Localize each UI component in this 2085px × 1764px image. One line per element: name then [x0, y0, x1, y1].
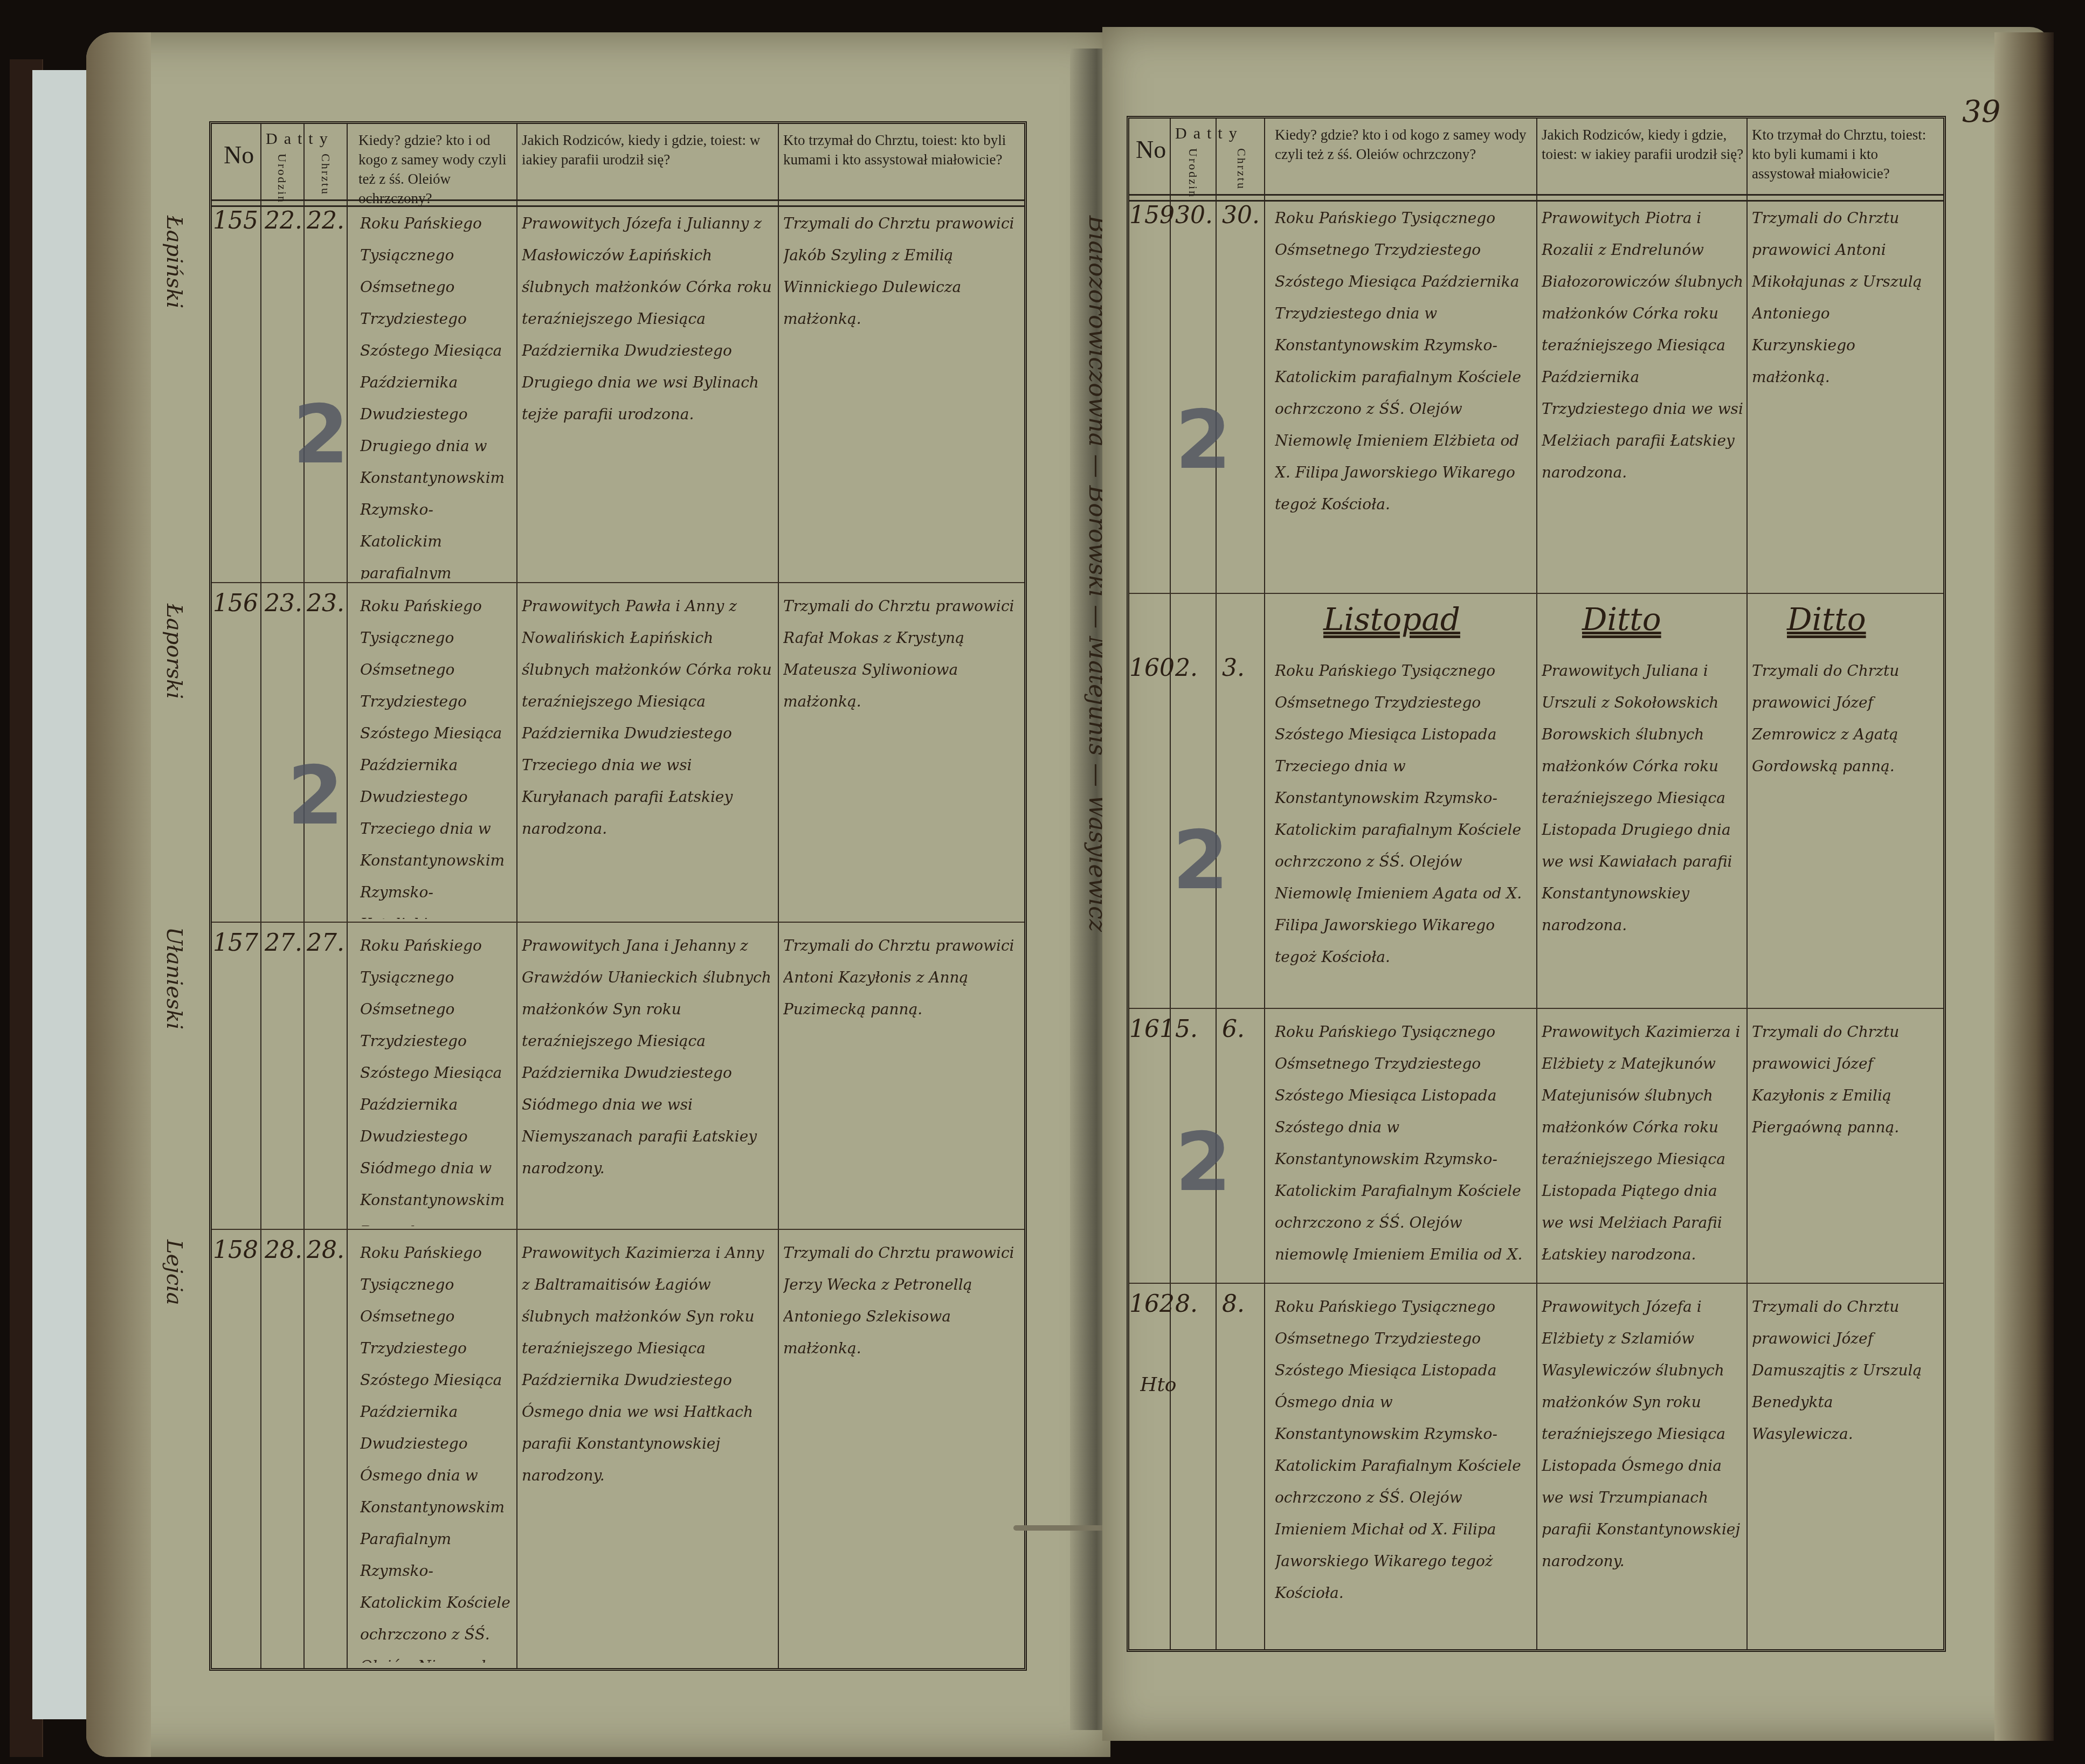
- margin-mark: Hto: [1140, 1369, 1177, 1401]
- header-parents: Jakich Rodziców, kiedy i gdzie, toiest: …: [522, 130, 775, 169]
- baptism-record: Roku Pańskiego Tysiącznego Ośmsetnego Tr…: [360, 590, 514, 919]
- ditto-label: Ditto: [1582, 601, 1661, 638]
- margin-note: Łaporski: [162, 604, 187, 699]
- header-godparents: Kto trzymał do Chrztu, toiest: kto byli …: [783, 130, 1020, 169]
- parents-record: Prawowitych Kazimierza i Anny z Baltrama…: [522, 1237, 775, 1663]
- godparents-record: Trzymali do Chrztu prawowici Jerzy Wecka…: [783, 1237, 1018, 1663]
- baptism-day: 30.: [1222, 199, 1260, 231]
- birth-day: 30.: [1175, 199, 1213, 231]
- birth-day: 27.: [265, 927, 302, 959]
- baptism-record: Roku Pańskiego Tysiącznego Ośmsetnego Tr…: [360, 1237, 514, 1663]
- birth-day: 23.: [265, 587, 302, 619]
- header-baptism: Chrztu: [1232, 148, 1251, 190]
- godparents-record: Trzymali do Chrztu prawowici Józef Kazył…: [1752, 1016, 1935, 1280]
- entry-number: 155: [213, 205, 258, 237]
- entry-number: 160: [1129, 652, 1175, 684]
- left-register-table: No Datty Urodzin Chrztu Kiedy? gdzie? kt…: [209, 121, 1027, 1671]
- parents-record: Prawowitych Pawła i Anny z Nowalińskich …: [522, 590, 775, 919]
- entry-number: 156: [213, 587, 258, 619]
- parents-record: Prawowitych Piotra i Rozalii z Endrelunó…: [1542, 202, 1744, 590]
- parents-record: Prawowitych Juliana i Urszuli z Sokołows…: [1542, 655, 1744, 1005]
- header-parents: Jakich Rodziców, kiedy i gdzie, toiest: …: [1542, 125, 1744, 164]
- ditto-label: Ditto: [1787, 601, 1866, 638]
- pencil-mark: 2: [1175, 393, 1231, 487]
- header-dates: Datty: [1175, 124, 1244, 143]
- baptism-record: Roku Pańskiego Tysiącznego Ośmsetnego Tr…: [1275, 655, 1534, 1005]
- baptism-record: Roku Pańskiego Tysiącznego Ośmsetnego Tr…: [360, 207, 514, 579]
- baptism-day: 27.: [307, 927, 344, 959]
- pencil-mark: 2: [293, 388, 349, 482]
- parents-record: Prawowitych Kazimierza i Elżbiety z Mate…: [1542, 1016, 1744, 1280]
- margin-note: Lejcia: [162, 1240, 187, 1305]
- header-number: No: [224, 146, 254, 165]
- pencil-mark: 2: [287, 749, 343, 843]
- pencil-mark: 2: [1175, 1116, 1231, 1209]
- margin-note: Łapiński: [162, 216, 187, 308]
- header-number: No: [1136, 140, 1166, 160]
- pencil-mark: 2: [1172, 814, 1228, 908]
- baptism-record: Roku Pańskiego Tysiącznego Ośmsetnego Tr…: [360, 930, 514, 1226]
- header-baptism: Chrztu: [316, 154, 335, 196]
- entry-number: 159: [1129, 199, 1175, 231]
- baptism-record: Roku Pańskiego Tysiącznego Ośmsetnego Tr…: [1275, 1291, 1534, 1641]
- birth-day: 8.: [1175, 1288, 1198, 1320]
- birth-day: 22.: [265, 205, 302, 237]
- parents-record: Prawowitych Józefa i Elżbiety z Szlamiów…: [1542, 1291, 1744, 1641]
- entry-number: 157: [213, 927, 258, 959]
- baptism-day: 28.: [307, 1234, 344, 1266]
- godparents-record: Trzymali do Chrztu prawowici Rafał Mokas…: [783, 590, 1018, 919]
- header-birth: Urodzin: [1183, 148, 1203, 198]
- baptism-day: 22.: [307, 205, 344, 237]
- parents-record: Prawowitych Jana i Jehanny z Grawżdów Uł…: [522, 930, 775, 1226]
- godparents-record: Trzymali do Chrztu prawowici Antoni Kazy…: [783, 930, 1018, 1226]
- baptism-day: 23.: [307, 587, 344, 619]
- header-birth: Urodzin: [272, 154, 292, 204]
- right-register-table: No Datty Urodzin Chrztu Kiedy? gdzie? kt…: [1127, 116, 1946, 1652]
- margin-note: Ułanieski: [162, 927, 187, 1029]
- birth-day: 28.: [265, 1234, 302, 1266]
- baptism-day: 8.: [1222, 1288, 1245, 1320]
- header-when-where: Kiedy? gdzie? kto i od kogo z samey wody…: [1275, 125, 1534, 164]
- right-page-worn-edge: [1994, 32, 2054, 1741]
- page-number: 39: [1962, 94, 2000, 129]
- header-godparents: Kto trzymał do Chrztu, toiest: kto byli …: [1752, 125, 1938, 183]
- birth-day: 5.: [1175, 1013, 1198, 1045]
- baptism-record: Roku Pańskiego Tysiącznego Ośmsetnego Tr…: [1275, 1016, 1534, 1280]
- godparents-record: Trzymali do Chrztu prawowici Józef Zemro…: [1752, 655, 1935, 1005]
- month-heading: Listopad: [1323, 601, 1460, 638]
- parents-record: Prawowitych Józefa i Julianny z Masłowic…: [522, 207, 775, 579]
- entry-number: 162: [1129, 1288, 1175, 1320]
- left-page-worn-edge: [86, 32, 151, 1757]
- birth-day: 2.: [1175, 652, 1198, 684]
- godparents-record: Trzymali do Chrztu prawowici Antoni Miko…: [1752, 202, 1935, 590]
- entry-number: 158: [213, 1234, 258, 1266]
- header-dates: Datty: [266, 129, 334, 149]
- baptism-record: Roku Pańskiego Tysiącznego Ośmsetnego Tr…: [1275, 202, 1534, 590]
- godparents-record: Trzymali do Chrztu prawowici Jakób Szyli…: [783, 207, 1018, 579]
- header-when-where: Kiedy? gdzie? kto i od kogo z samey wody…: [358, 130, 512, 208]
- godparents-record: Trzymali do Chrztu prawowici Józef Damus…: [1752, 1291, 1935, 1641]
- baptism-day: 3.: [1222, 652, 1245, 684]
- entry-number: 161: [1129, 1013, 1175, 1045]
- baptism-day: 6.: [1222, 1013, 1245, 1045]
